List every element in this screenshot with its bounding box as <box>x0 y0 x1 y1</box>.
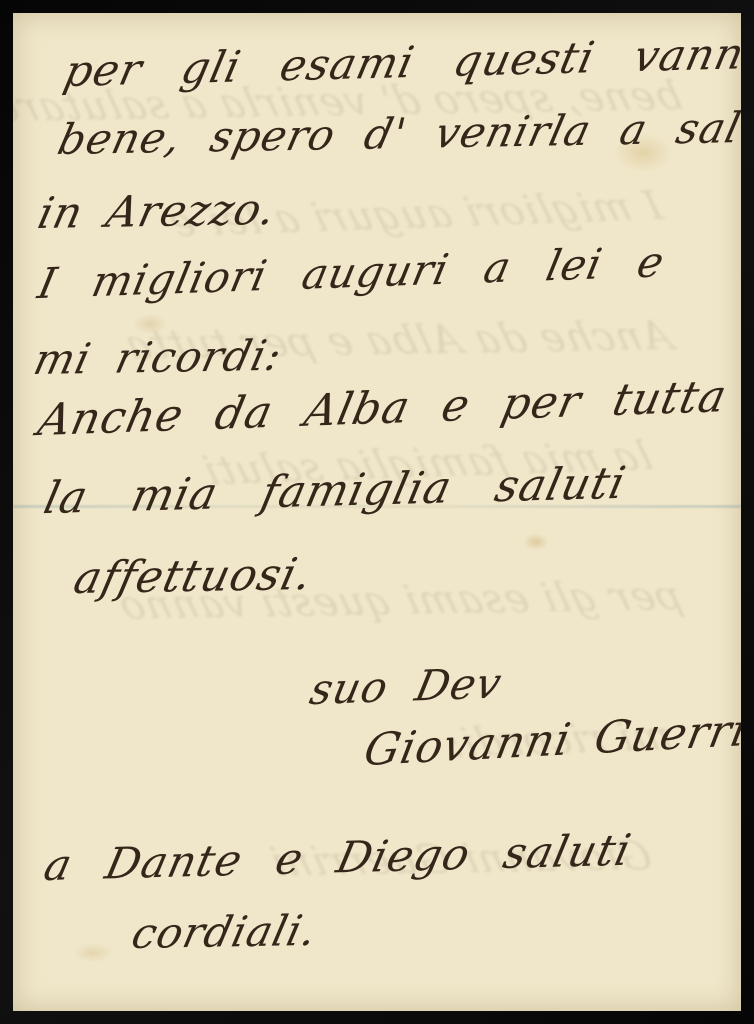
handwriting-line-7: la mia famiglia saluti <box>44 458 625 524</box>
handwriting-line-1: per gli esami questi vanno <box>64 29 741 97</box>
postscript-line-2: cordiali. <box>133 906 317 958</box>
signature: Giovanni Guerrini <box>364 703 741 776</box>
handwriting-line-5: mi ricordi: <box>35 331 282 384</box>
paper-stain <box>133 313 167 335</box>
handwriting-line-8: affettuosi. <box>75 549 313 604</box>
paper-stain <box>73 943 113 963</box>
letter-page: bene, spero d' venirla a salutare I migl… <box>13 13 741 1011</box>
paper-stain <box>523 533 549 551</box>
photo-frame: bene, spero d' venirla a salutare I migl… <box>0 0 754 1024</box>
handwriting-line-4: I migliori auguri a lei e <box>38 237 665 308</box>
handwriting-line-6: Anche da Alba e per tutta <box>38 371 727 446</box>
letter-closing: suo Dev <box>310 658 502 714</box>
handwriting-line-3: in Arezzo. <box>39 185 276 239</box>
postscript-line-1: a Dante e Diego saluti <box>44 826 631 891</box>
handwriting-line-2: bene, spero d' venirla a salutare <box>59 101 741 164</box>
